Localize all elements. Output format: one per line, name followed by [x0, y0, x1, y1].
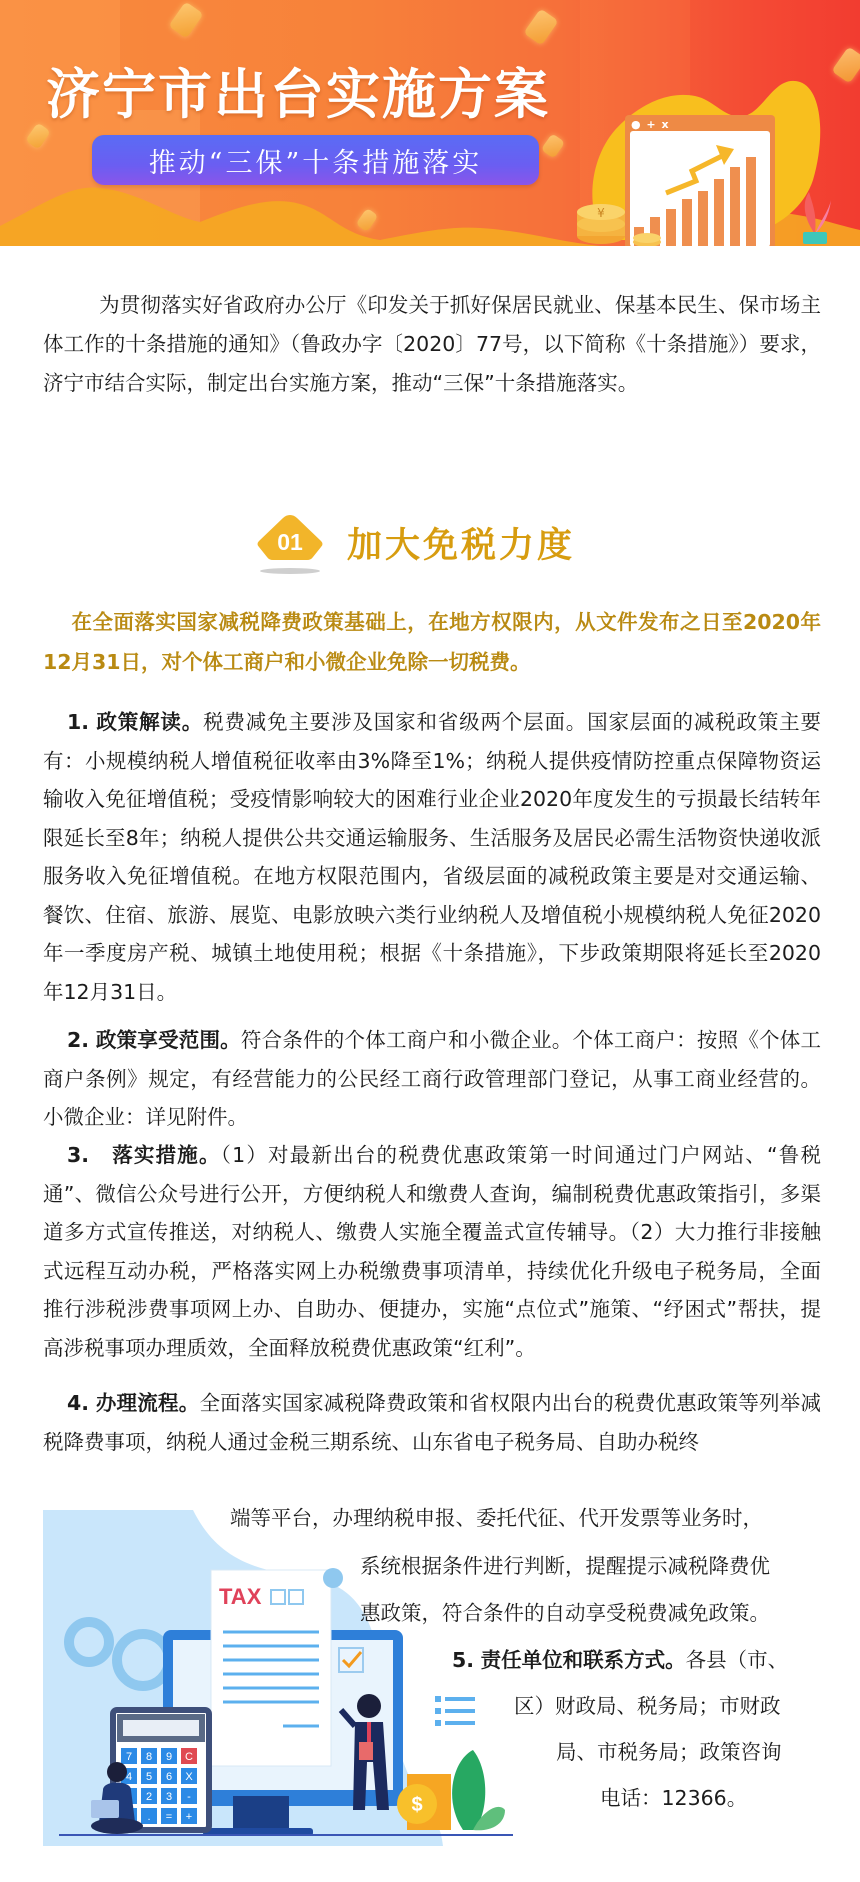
- svg-text:.: .: [147, 1811, 150, 1823]
- section-title: 加大免税力度: [347, 518, 575, 568]
- policy-item-3: 3. 落实措施。（1）对最新出台的税费优惠政策第一时间通过门户网站、“鲁税通”、…: [43, 1136, 821, 1367]
- coin-icon: [831, 46, 860, 83]
- coin-icon: [523, 8, 558, 45]
- policy-item-1: 1. 政策解读。税费减免主要涉及国家和省级两个层面。国家层面的减税政策主要有：小…: [43, 703, 821, 1011]
- item-heading: 落实措施。: [112, 1143, 220, 1167]
- banner-subtitle-pill: 推动“三保”十条措施落实: [92, 135, 539, 185]
- item-heading: 政策享受范围。: [96, 1028, 241, 1052]
- item-body: 各县（市、: [686, 1648, 789, 1672]
- section-number-badge: 01: [253, 511, 327, 575]
- window-controls: ● + x: [631, 118, 670, 131]
- item-body: 税费减免主要涉及国家和省级两个层面。国家层面的减税政策主要有：小规模纳税人增值税…: [43, 710, 821, 1004]
- item-4-line: 端等平台，办理纳税申报、委托代征、代开发票等业务时，: [230, 1499, 763, 1537]
- item-5-line: 局、市税务局；政策咨询: [556, 1733, 782, 1771]
- svg-text:TAX: TAX: [219, 1584, 262, 1609]
- tax-document-icon: TAX: [211, 1568, 343, 1766]
- section-header: 01 加大免税力度: [253, 511, 575, 575]
- item-number: 1.: [67, 710, 89, 734]
- checkbox-icon: [339, 1648, 363, 1672]
- svg-text:C: C: [185, 1751, 193, 1763]
- banner-subtitle: 推动“三保”十条措施落实: [149, 141, 483, 180]
- item-heading: 办理流程。: [96, 1391, 200, 1415]
- list-icon: [435, 1696, 475, 1726]
- item-number: 4.: [67, 1391, 89, 1415]
- item-5-line: 区）财政局、税务局；市财政: [514, 1687, 781, 1725]
- intro-paragraph: 为贯彻落实好省政府办公厅《印发关于抓好保居民就业、保基本民生、保市场主体工作的十…: [43, 286, 821, 403]
- item-body: （1）对最新出台的税费优惠政策第一时间通过门户网站、“鲁税通”、微信公众号进行公…: [43, 1143, 821, 1360]
- svg-text:$: $: [411, 1794, 422, 1816]
- svg-text:X: X: [185, 1771, 193, 1783]
- policy-item-2: 2. 政策享受范围。符合条件的个体工商户和小微企业。个体工商户：按照《个体工商户…: [43, 1021, 821, 1137]
- intro-text: 为贯彻落实好省政府办公厅《印发关于抓好保居民就业、保基本民生、保市场主体工作的十…: [43, 293, 821, 395]
- item-number: 5.: [452, 1648, 474, 1672]
- coin-icon: [168, 1, 203, 38]
- svg-text:7: 7: [126, 1751, 132, 1763]
- svg-text:-: -: [187, 1791, 191, 1803]
- policy-item-5: 5. 责任单位和联系方式。各县（市、: [452, 1641, 788, 1679]
- growth-chart-illustration: ● + x ¥: [575, 80, 845, 246]
- svg-text:6: 6: [166, 1771, 172, 1783]
- svg-text:8: 8: [146, 1751, 152, 1763]
- svg-text:5: 5: [146, 1771, 152, 1783]
- coin-icon: [541, 133, 566, 159]
- leaf-icon: [452, 1750, 505, 1830]
- item-4-line: 惠政策，符合条件的自动享受税费减免政策。: [360, 1594, 770, 1632]
- item-heading: 责任单位和联系方式。: [481, 1648, 686, 1672]
- item-number: 2.: [67, 1028, 89, 1052]
- policy-item-4: 4. 办理流程。全面落实国家减税降费政策和省权限内出台的税费优惠政策等列举减税降…: [43, 1384, 821, 1461]
- header-banner: 济宁市出台实施方案 推动“三保”十条措施落实 ● + x: [0, 0, 860, 246]
- coin-stack-icon: ¥: [575, 190, 665, 246]
- svg-text:3: 3: [166, 1791, 172, 1803]
- item-4-line: 系统根据条件进行判断，提醒提示减税降费优: [360, 1547, 770, 1585]
- item-heading: 政策解读。: [96, 710, 203, 734]
- svg-text:2: 2: [146, 1791, 152, 1803]
- section-lead-text: 在全面落实国家减税降费政策基础上，在地方权限内，从文件发布之日至2020年12月…: [43, 610, 821, 674]
- item-number: 3.: [67, 1143, 89, 1167]
- banner-title: 济宁市出台实施方案: [46, 52, 550, 129]
- section-lead: 在全面落实国家减税降费政策基础上，在地方权限内，从文件发布之日至2020年12月…: [43, 602, 821, 682]
- svg-text:+: +: [186, 1811, 192, 1823]
- section-number: 01: [253, 529, 327, 556]
- svg-text:9: 9: [166, 1751, 172, 1763]
- item-5-line: 电话：12366。: [600, 1779, 747, 1817]
- plant-icon: [795, 190, 835, 246]
- svg-text:¥: ¥: [597, 206, 605, 220]
- svg-text:=: =: [166, 1811, 172, 1823]
